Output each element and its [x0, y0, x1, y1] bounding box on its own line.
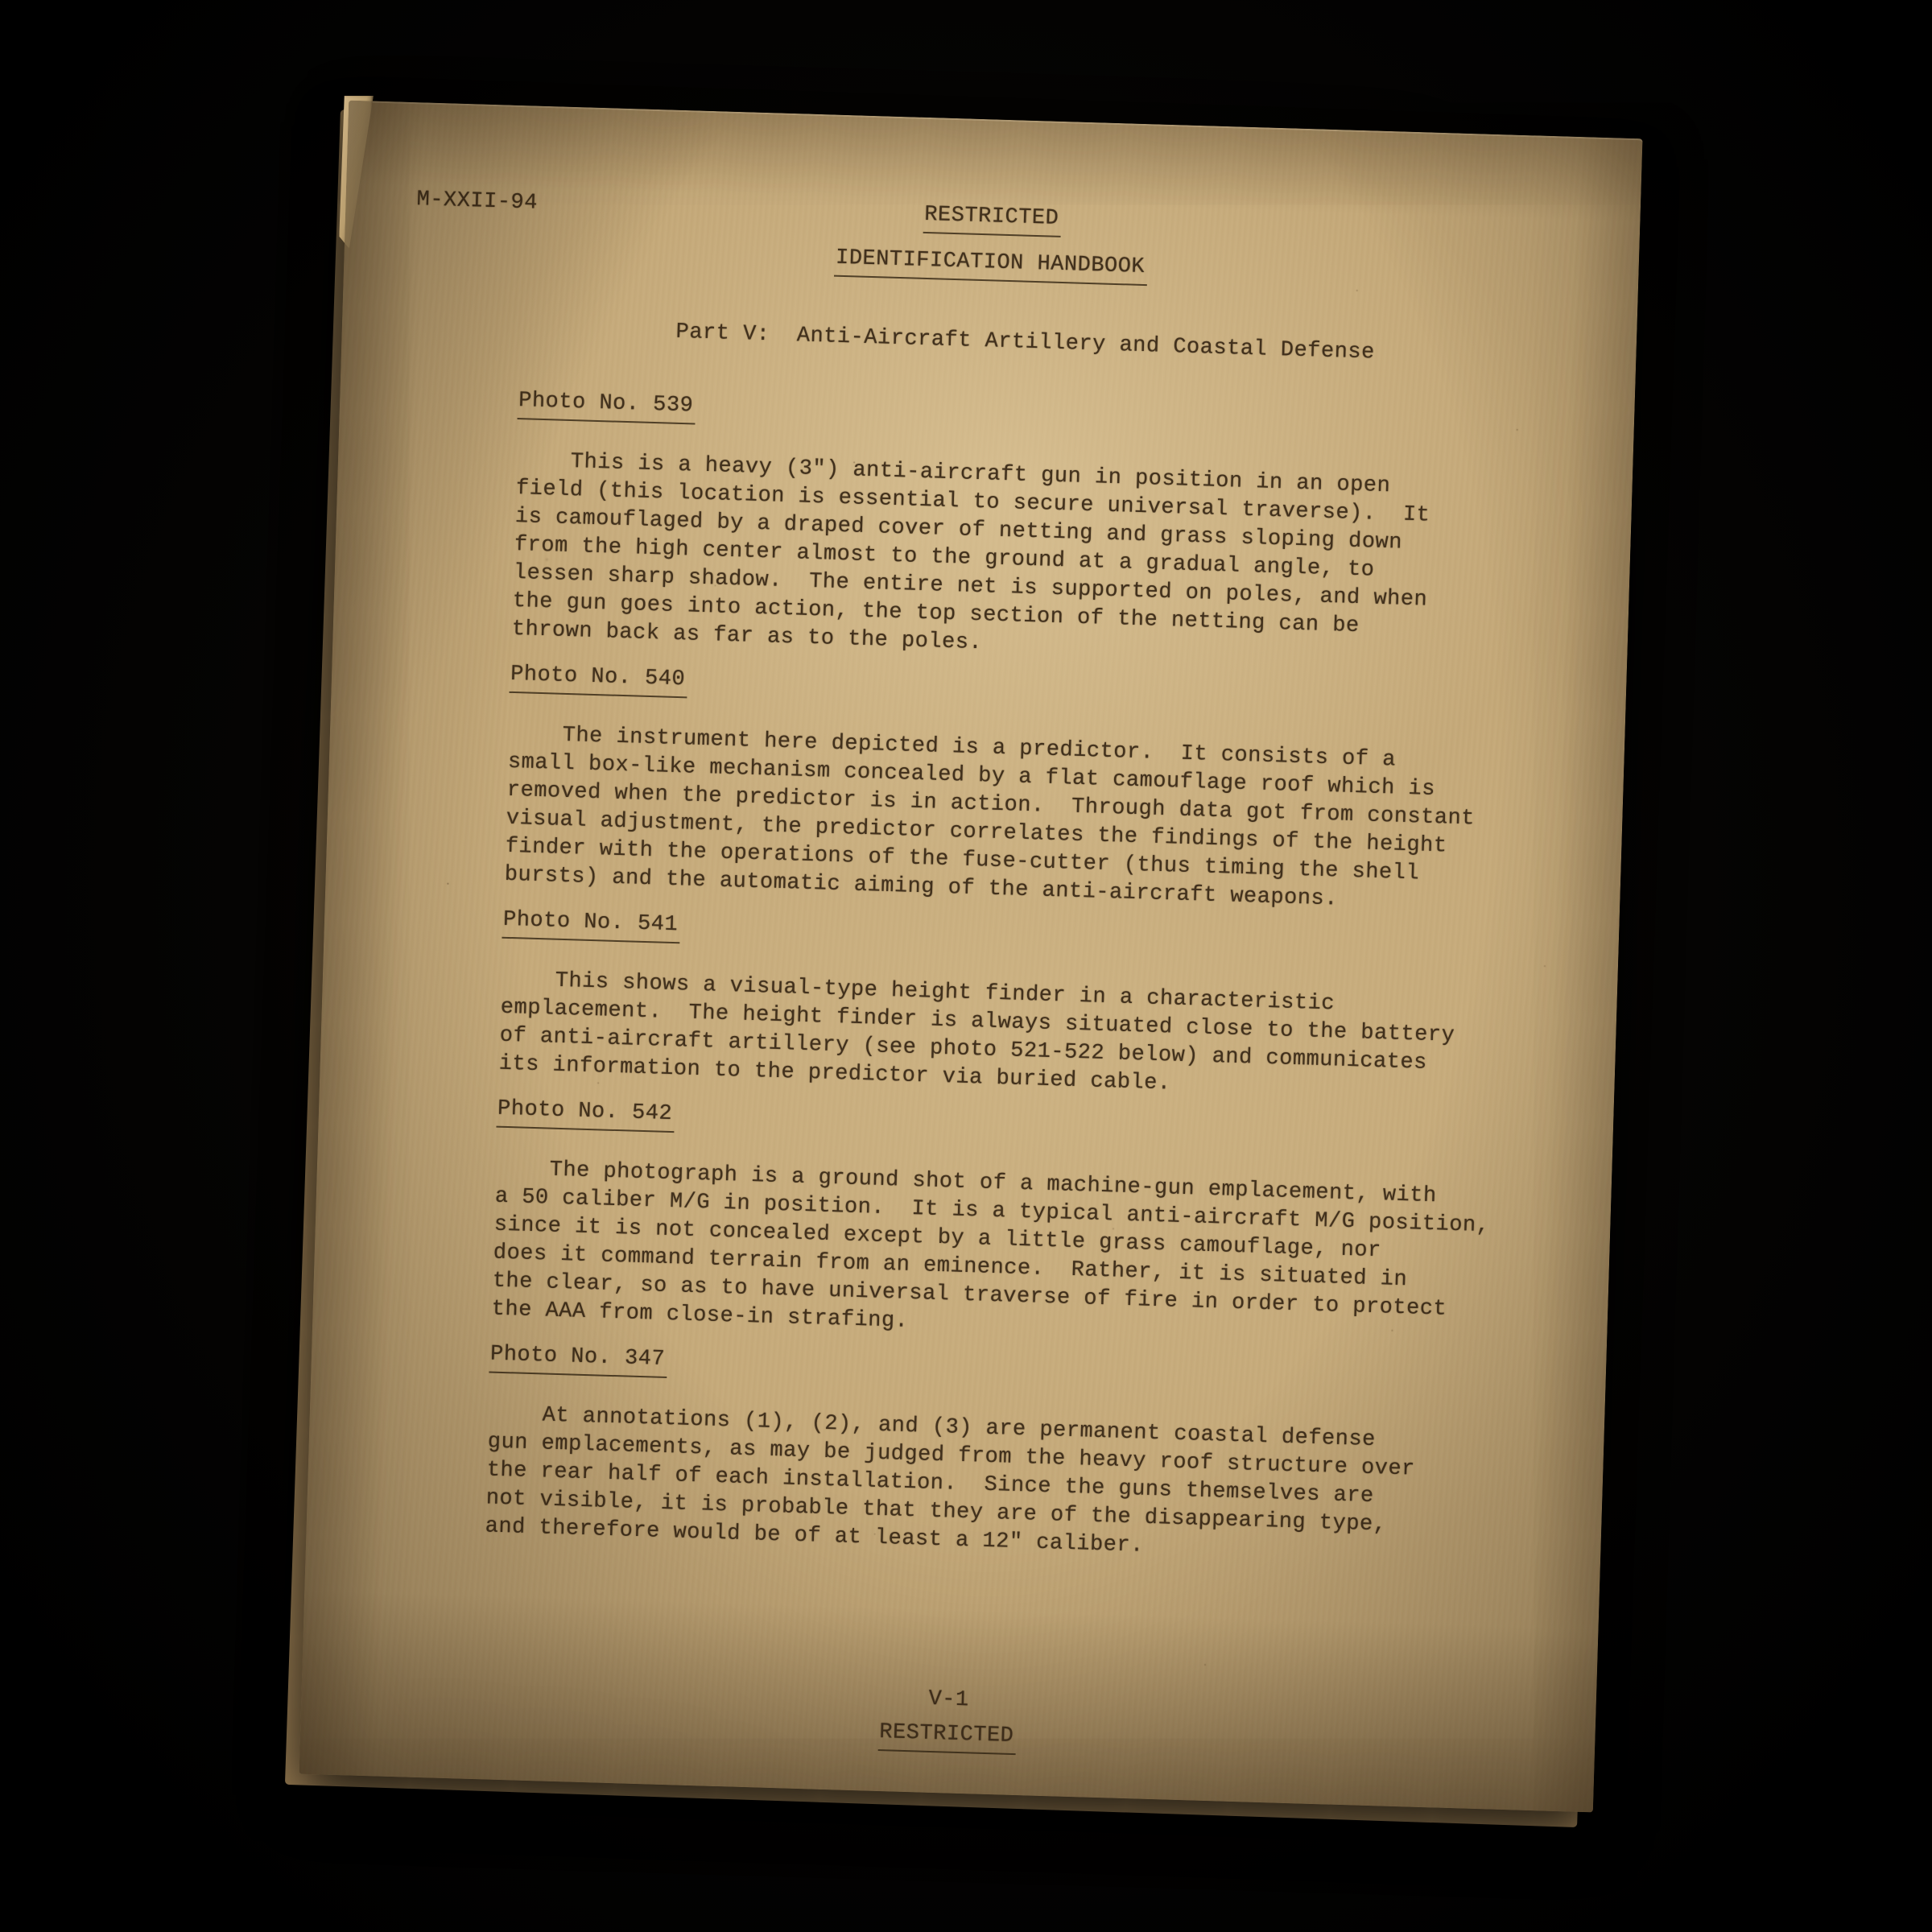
- document-title: IDENTIFICATION HANDBOOK: [834, 245, 1147, 286]
- classification-banner: RESTRICTED: [923, 201, 1062, 237]
- section-heading: Photo No. 541: [502, 906, 680, 944]
- section-photo-539: Photo No. 539 This is a heavy (3") anti-…: [511, 387, 1546, 675]
- part-subtitle: Part V: Anti-Aircraft Artillery and Coas…: [675, 320, 1375, 365]
- section-photo-540: Photo No. 540 The instrument here depict…: [504, 661, 1538, 920]
- photo-scene: M-XXII-94 RESTRICTED IDENTIFICATION HAND…: [0, 0, 1932, 1932]
- section-heading: Photo No. 539: [518, 387, 696, 425]
- header-row: M-XXII-94 RESTRICTED: [345, 101, 1642, 251]
- section-photo-542: Photo No. 542 The photograph is a ground…: [491, 1096, 1525, 1355]
- section-body: The photograph is a ground shot of a mac…: [491, 1155, 1523, 1355]
- subtitle-row: Part V: Anti-Aircraft Artillery and Coas…: [378, 310, 1672, 377]
- section-body: At annotations (1), (2), and (3) are per…: [485, 1400, 1516, 1571]
- document-body: Photo No. 539 This is a heavy (3") anti-…: [485, 387, 1546, 1571]
- document-page: M-XXII-94 RESTRICTED IDENTIFICATION HAND…: [299, 101, 1643, 1813]
- section-heading: Photo No. 540: [509, 661, 687, 699]
- classification-footer: RESTRICTED: [878, 1719, 1017, 1755]
- page-footer: V-1 RESTRICTED: [300, 1667, 1596, 1773]
- section-photo-347: Photo No. 347 At annotations (1), (2), a…: [485, 1341, 1517, 1572]
- doc-number: M-XXII-94: [416, 186, 538, 217]
- section-heading: Photo No. 542: [496, 1096, 675, 1133]
- section-photo-541: Photo No. 541 This shows a visual-type h…: [498, 906, 1530, 1109]
- section-body: The instrument here depicted is a predic…: [504, 720, 1536, 920]
- section-heading: Photo No. 347: [489, 1340, 667, 1378]
- section-body: This is a heavy (3") anti-aircraft gun i…: [511, 447, 1544, 675]
- section-body: This shows a visual-type height finder i…: [498, 966, 1529, 1109]
